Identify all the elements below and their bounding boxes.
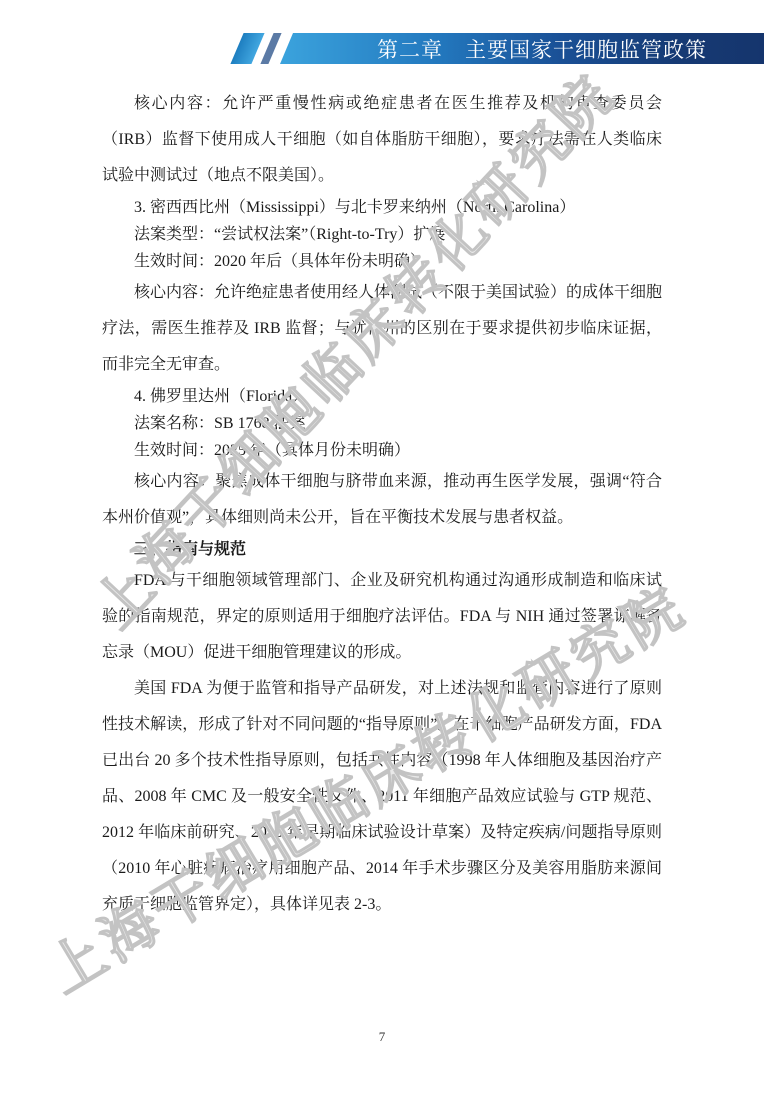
page-number: 7 [0, 1029, 764, 1045]
paragraph: FDA 与干细胞领域管理部门、企业及研究机构通过沟通形成制造和临床试验的指南规范… [102, 563, 662, 671]
paragraph: 核心内容：聚焦成体干细胞与脐带血来源，推动再生医学发展，强调“符合本州价值观”，… [102, 464, 662, 536]
paragraph: 3. 密西西比州（Mississippi）与北卡罗来纳州（North Carol… [102, 194, 662, 221]
chapter-header-bar: 第二章 主要国家干细胞监管政策 [280, 33, 764, 64]
paragraph: 生效时间：2025 年（具体月份未明确） [102, 437, 662, 464]
paragraph: 核心内容：允许严重慢性病或绝症患者在医生推荐及机构审查委员会（IRB）监督下使用… [102, 86, 662, 194]
paragraph: 4. 佛罗里达州（Florida） [102, 383, 662, 410]
section-heading: 三、指南与规范 [102, 536, 662, 563]
chapter-title: 主要国家干细胞监管政策 [465, 34, 707, 64]
document-page: 第二章 主要国家干细胞监管政策 核心内容：允许严重慢性病或绝症患者在医生推荐及机… [0, 0, 764, 1096]
paragraph: 法案名称：SB 1768 法案 [102, 410, 662, 437]
header-slash-decoration-thin [260, 33, 281, 64]
paragraph: 生效时间：2020 年后（具体年份未明确） [102, 248, 662, 275]
document-body: 核心内容：允许严重慢性病或绝症患者在医生推荐及机构审查委员会（IRB）监督下使用… [102, 86, 662, 923]
paragraph: 美国 FDA 为便于监管和指导产品研发，对上述法规和监管内容进行了原则性技术解读… [102, 671, 662, 923]
paragraph: 法案类型：“尝试权法案”（Right-to-Try）扩展 [102, 221, 662, 248]
paragraph: 核心内容：允许绝症患者使用经人体测试（不限于美国试验）的成体干细胞疗法，需医生推… [102, 275, 662, 383]
chapter-number: 第二章 [377, 34, 443, 64]
header-slash-decoration-wide [230, 33, 264, 64]
